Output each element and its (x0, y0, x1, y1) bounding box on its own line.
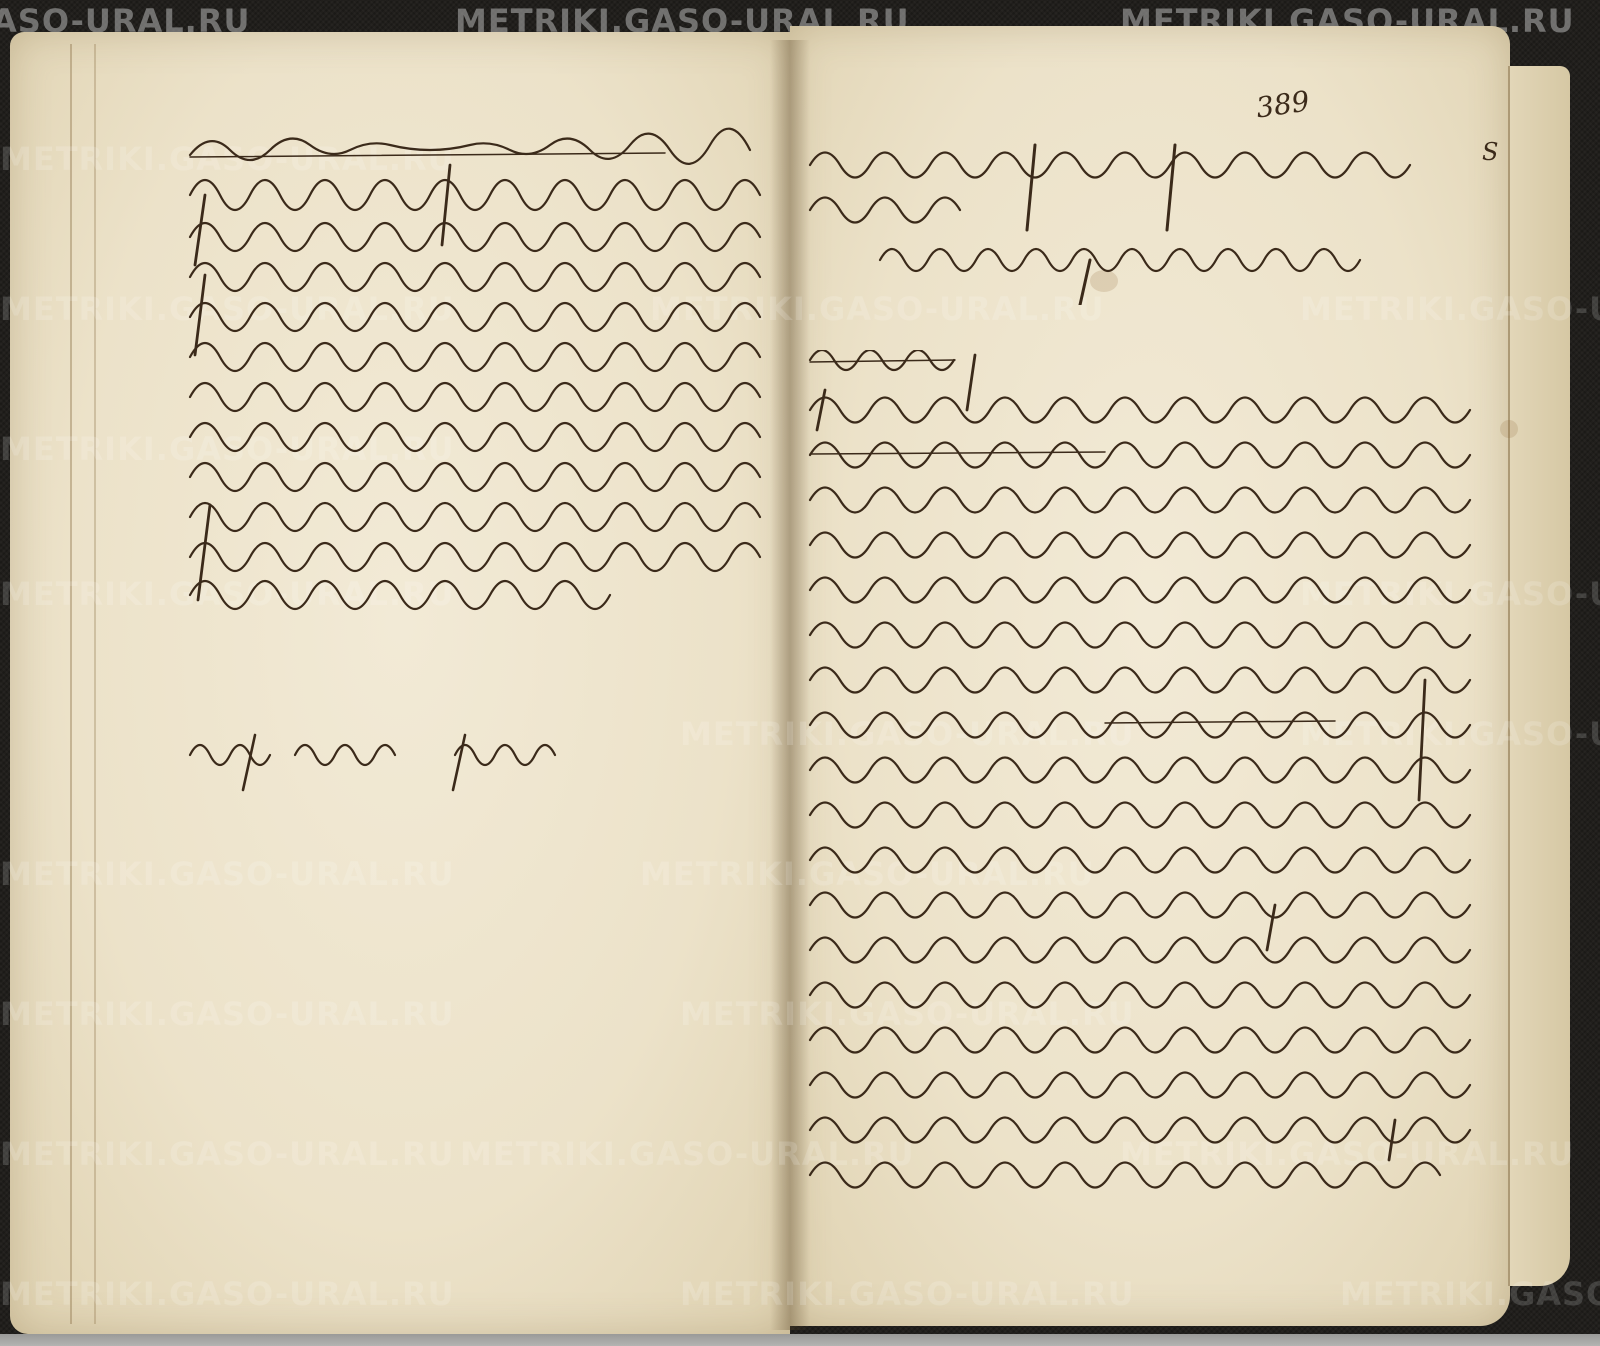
watermark-faint: METRIKI.GASO-URAL.RU (0, 995, 455, 1033)
torn-page-edge (1508, 66, 1570, 1286)
right-page-text-block (805, 350, 1495, 1214)
ink-stain (1500, 420, 1518, 438)
watermark-faint: METRIKI.GASO-URAL.RU (0, 1135, 455, 1173)
left-page-text-block (185, 125, 795, 619)
handwriting-strokes (185, 725, 585, 795)
handwriting-strokes (805, 125, 1485, 305)
page-stack-edge (70, 44, 96, 1324)
watermark-faint: METRIKI.GASO-URAL.RU (1340, 1275, 1600, 1313)
handwriting-strokes (185, 125, 795, 615)
handwriting-strokes (805, 350, 1495, 1210)
watermark-faint: METRIKI.GASO-URAL.RU (0, 1275, 455, 1313)
watermark-faint: METRIKI.GASO-URAL.RU (0, 855, 455, 893)
right-page-heading (805, 125, 1485, 309)
watermark-faint: METRIKI.GASO-URAL.RU (680, 1275, 1135, 1313)
scan-bottom-strip (0, 1334, 1600, 1346)
left-page-isolated-line (185, 725, 585, 799)
